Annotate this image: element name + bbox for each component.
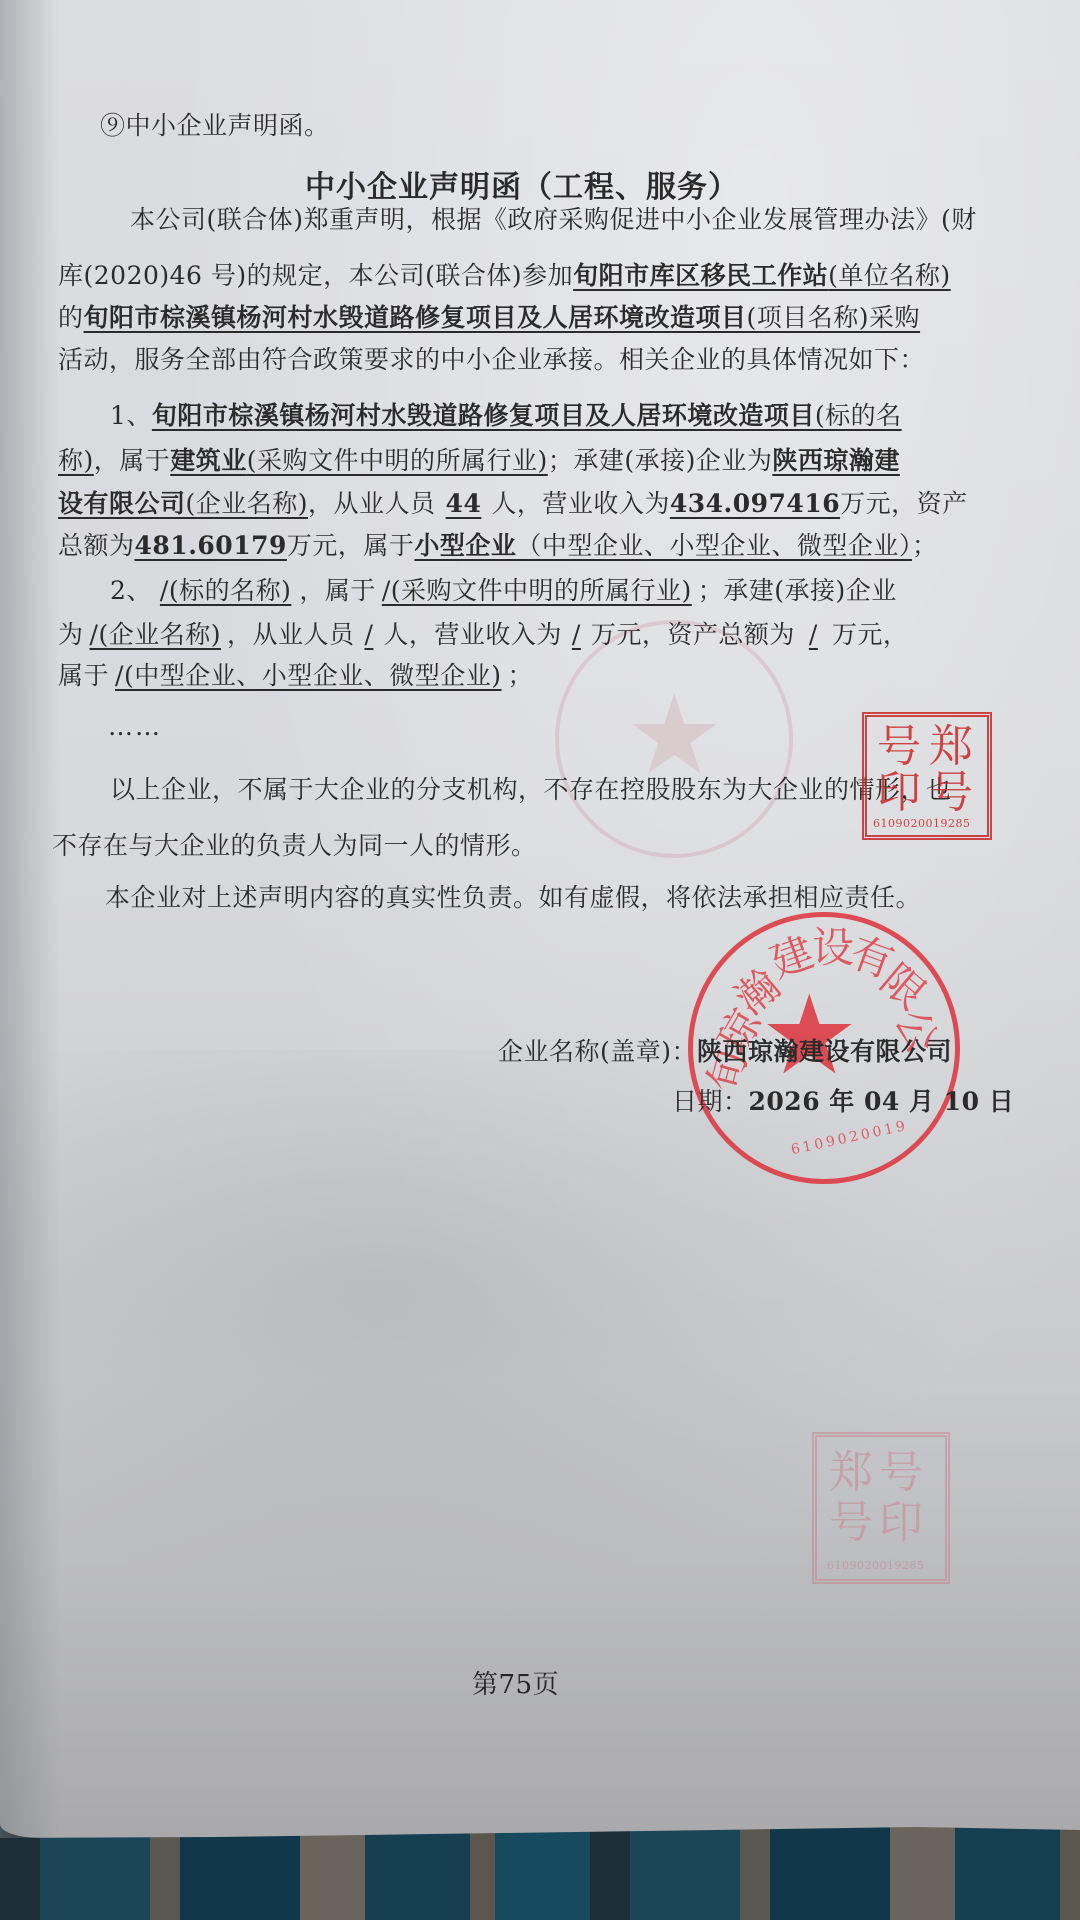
item2-line-2-prefix: 为 xyxy=(58,620,84,649)
intro-line-2-prefix: 库(2020)46 号)的规定，本公司(联合体)参加 xyxy=(58,261,573,290)
intro-line-3-prefix: 的 xyxy=(58,303,84,332)
date-value: 2026 年 04 月 10 日 xyxy=(749,1087,1015,1116)
item1-staff: 44 xyxy=(436,489,492,518)
item1-size: 小型企业 xyxy=(414,531,516,560)
item2-industry: /(采购文件中明的所属行业) xyxy=(376,576,698,605)
ellipsis: …… xyxy=(108,712,162,741)
seal-char: 号 xyxy=(877,725,921,769)
item1-industry-hint: (采购文件中明的所属行业) xyxy=(247,446,548,475)
page-number: 第75页 xyxy=(472,1664,559,1701)
seal-char: 号 xyxy=(929,771,973,815)
item1-size-hint: （中型企业、小型企业、微型企业） xyxy=(516,531,912,560)
item2-revenue: / xyxy=(562,620,591,649)
date-label: 日期： xyxy=(672,1087,749,1116)
item1-company-hint: (企业名称) xyxy=(186,489,309,518)
item2-staff: / xyxy=(354,620,383,649)
item1-subject-name: 旬阳市棕溪镇杨河村水毁道路修复项目及人居环境改造项目 xyxy=(152,401,815,430)
item1-revenue-label: 人，营业收入为 xyxy=(491,489,670,518)
item2-number: 2、 xyxy=(110,576,152,605)
intro-line-2: 库(2020)46 号)的规定，本公司(联合体)参加旬阳市库区移民工作站(单位名… xyxy=(58,256,951,292)
statement-2: 本企业对上述声明内容的真实性负责。如有虚假，将依法承担相应责任。 xyxy=(105,878,921,914)
item1-revenue: 434.097416 xyxy=(670,489,840,518)
seal-code: 6109020019285 xyxy=(873,817,970,830)
seal-char-faint: 印 xyxy=(879,1501,923,1545)
item2-belongs-label: ，属于 xyxy=(299,576,376,605)
item2-end: ； xyxy=(507,661,533,690)
item1-end: ； xyxy=(912,531,938,560)
item2-line-3: 属于/(中型企业、小型企业、微型企业)； xyxy=(58,656,533,692)
item1-revenue-unit: 万元，资产 xyxy=(840,489,968,518)
item1-number: 1、 xyxy=(110,401,152,430)
item1-assets-unit: 万元，属于 xyxy=(287,531,415,560)
item1-assets: 481.60179 xyxy=(135,531,287,560)
project-name: 旬阳市棕溪镇杨河村水毁道路修复项目及人居环境改造项目 xyxy=(84,303,747,332)
item1-line-2: 称)，属于建筑业(采购文件中明的所属行业)；承建(承接)企业为陕西琼瀚建 xyxy=(58,441,900,477)
item1-subject-hint-a: (标的名 xyxy=(815,401,902,430)
project-hint: (项目名称) xyxy=(747,303,870,332)
seal-char-faint: 号 xyxy=(829,1501,873,1545)
signature-company: 陕西琼瀚建设有限公司 xyxy=(697,1037,952,1066)
statement-1-line-1: 以上企业，不属于大企业的分支机构，不存在控股股东为大企业的情形，也 xyxy=(110,770,952,806)
seal-char: 印 xyxy=(877,771,921,815)
item1-belongs-label: ，属于 xyxy=(94,446,171,475)
item2-assets: / xyxy=(795,620,832,649)
purchaser-name: 旬阳市库区移民工作站 xyxy=(573,261,828,290)
item1-company-b: 设有限公司 xyxy=(58,489,186,518)
date-line: 日期：2026 年 04 月 10 日 xyxy=(672,1082,1014,1118)
item2-size: /(中型企业、小型企业、微型企业) xyxy=(109,661,507,690)
item2-assets-unit: 万元， xyxy=(832,620,909,649)
seal-code: 6109020019285 xyxy=(827,1559,924,1572)
item2-subject: /(标的名称) xyxy=(152,576,299,605)
item1-industry: 建筑业 xyxy=(170,446,247,475)
item2-company: /(企业名称) xyxy=(84,620,227,649)
signature-line: 企业名称(盖章)：陕西琼瀚建设有限公司 xyxy=(498,1032,952,1068)
item1-company-a: 陕西琼瀚建 xyxy=(772,446,900,475)
intro-line-3-suffix: 采购 xyxy=(869,303,920,332)
item2-revenue-unit: 万元，资产总额为 xyxy=(591,620,795,649)
intro-line-1: 本公司(联合体)郑重声明，根据《政府采购促进中小企业发展管理办法》(财 xyxy=(130,200,977,236)
item1-line-4: 总额为481.60179万元，属于小型企业（中型企业、小型企业、微型企业）； xyxy=(58,526,937,562)
item2-line-1: 2、/(标的名称)，属于/(采购文件中明的所属行业)；承建(承接)企业 xyxy=(110,571,897,607)
item2-contractor-label: ；承建(承接)企业 xyxy=(698,576,897,605)
item1-line-1: 1、旬阳市棕溪镇杨河村水毁道路修复项目及人居环境改造项目(标的名 xyxy=(110,396,902,432)
intro-line-4: 活动，服务全部由符合政策要求的中小企业承接。相关企业的具体情况如下： xyxy=(58,340,925,376)
section-heading: ⑨中小企业声明函。 xyxy=(100,106,330,142)
seal-char-faint: 号 xyxy=(879,1451,923,1495)
item2-revenue-label: 人，营业收入为 xyxy=(383,620,562,649)
square-seal-top: 郑 号 号 印 6109020019285 xyxy=(862,712,992,840)
item1-contractor-label: ；承建(承接)企业为 xyxy=(548,446,773,475)
item2-staff-label: ，从业人员 xyxy=(227,620,355,649)
signature-label: 企业名称(盖章)： xyxy=(498,1037,697,1066)
seal-char-faint: 郑 xyxy=(829,1451,873,1495)
item1-line-3: 设有限公司(企业名称)，从业人员44人，营业收入为434.097416万元，资产 xyxy=(58,484,968,520)
item1-assets-label: 总额为 xyxy=(58,531,135,560)
seal-char: 郑 xyxy=(929,725,973,769)
item2-line-3-prefix: 属于 xyxy=(58,661,109,690)
item1-subject-hint-b: 称) xyxy=(58,446,94,475)
statement-1-line-2: 不存在与大企业的负责人为同一人的情形。 xyxy=(52,826,537,862)
item2-line-2: 为/(企业名称)，从业人员/人，营业收入为/万元，资产总额为/万元， xyxy=(58,615,908,651)
square-seal-bottom: 号 印 郑 号 6109020019285 xyxy=(812,1432,950,1584)
intro-line-3: 的旬阳市棕溪镇杨河村水毁道路修复项目及人居环境改造项目(项目名称)采购 xyxy=(58,298,920,334)
purchaser-hint: (单位名称) xyxy=(828,261,951,290)
item1-staff-label: ，从业人员 xyxy=(308,489,436,518)
